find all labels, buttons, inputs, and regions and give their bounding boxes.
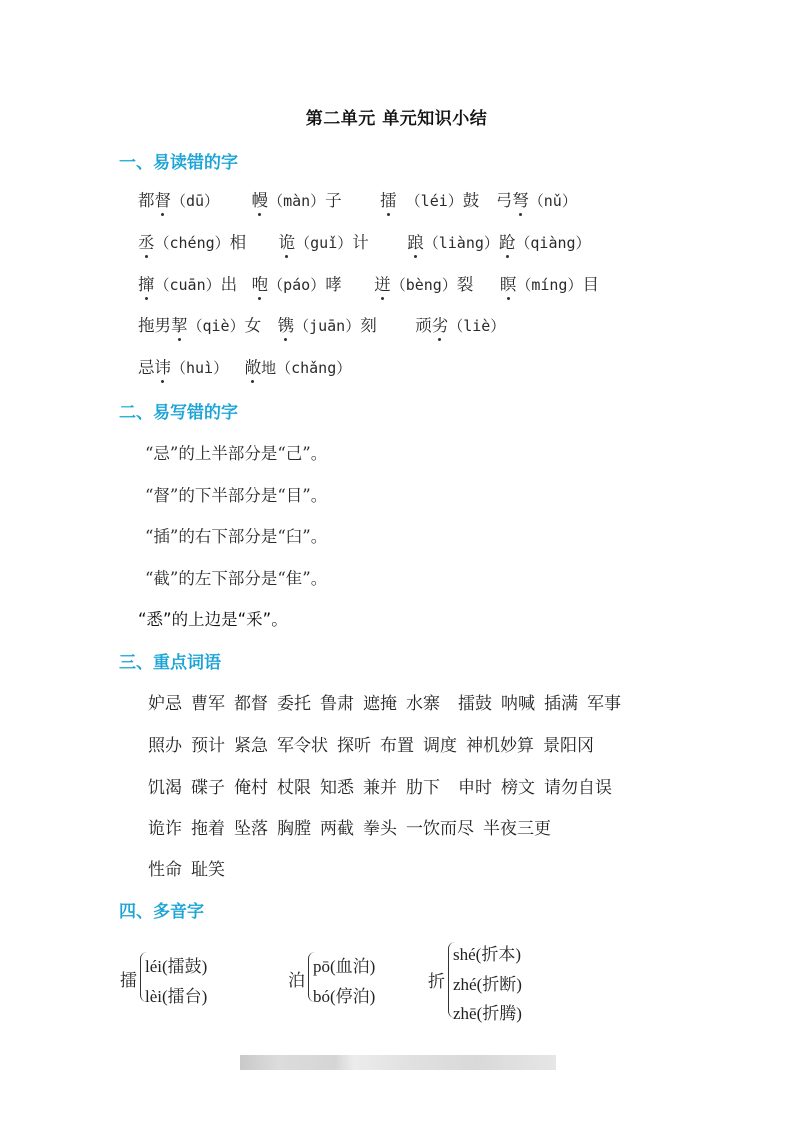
entry: 镌（juān）刻 <box>278 312 377 336</box>
key-word: 性命 <box>148 860 182 880</box>
entry: 诡（guǐ）计 <box>279 229 369 253</box>
section-heading-polyphones: 四、多音字 <box>119 897 204 922</box>
reading: shé(折本) <box>453 940 521 965</box>
entry: 敞地（chǎng） <box>245 354 352 378</box>
entry: 迸（bèng）裂 <box>374 271 473 295</box>
reading: zhē(折腾) <box>453 999 522 1024</box>
key-word: 都督 <box>234 694 268 714</box>
key-word: 诡诈 <box>148 819 182 839</box>
key-word: 水寨 <box>406 694 440 714</box>
miswrite-note: “忌”的上半部分是“己”。 <box>145 440 327 464</box>
key-word: 景阳冈 <box>543 736 594 756</box>
key-word: 知悉 <box>320 778 354 798</box>
key-words-row-2: 照办预计紧急军令状探听布置调度神机妙算景阳冈 <box>148 731 603 756</box>
key-words-row-5: 性命耻笑 <box>148 855 234 880</box>
key-word: 擂鼓 <box>458 694 492 714</box>
misread-row-5: 忌讳（huì） 敞地（chǎng） <box>138 354 351 378</box>
entry: 都督（dū） <box>138 187 219 211</box>
key-words-row-4: 诡诈拖着坠落胸膛两截拳头一饮而尽半夜三更 <box>148 814 560 839</box>
entry: 擂 （léi）鼓 <box>380 187 479 211</box>
key-word: 曹军 <box>191 694 225 714</box>
section-heading-miswrite: 二、易写错的字 <box>119 398 238 423</box>
entry: 咆（páo）哮 <box>252 271 342 295</box>
miswrite-note: “督”的下半部分是“目”。 <box>145 482 327 506</box>
entry: 丞（chéng）相 <box>138 229 246 253</box>
key-words-row-1: 妒忌曹军都督委托鲁肃遮掩水寨擂鼓呐喊插满军事 <box>148 689 630 714</box>
page-title: 第二单元 单元知识小结 <box>0 104 793 129</box>
section-heading-misread: 一、易读错的字 <box>119 148 238 173</box>
key-word: 饥渴 <box>148 778 182 798</box>
miswrite-note: “插”的右下部分是“臼”。 <box>145 523 327 547</box>
key-word: 布置 <box>380 736 414 756</box>
key-word: 肋下 <box>406 778 440 798</box>
key-words-row-3: 饥渴碟子俺村杖限知悉兼并肋下申时榜文请勿自误 <box>148 773 621 798</box>
entry: 拖男挈（qiè）女 <box>138 312 261 336</box>
key-word: 调度 <box>423 736 457 756</box>
key-word: 插满 <box>544 694 578 714</box>
reading: bó(停泊) <box>313 982 375 1007</box>
key-word: 委托 <box>277 694 311 714</box>
entry: 忌讳（huì） <box>138 354 228 378</box>
entry: 撺（cuān）出 <box>138 271 237 295</box>
entry: 跄（qiàng） <box>499 229 591 253</box>
polyphone-group: 泊 pō(血泊) bó(停泊) <box>288 950 408 1010</box>
key-word: 军令状 <box>277 736 328 756</box>
polyphone-group: 折 shé(折本) zhé(折断) zhē(折腾) <box>428 938 548 1024</box>
miswrite-note: “悉”的上边是“釆”。 <box>138 606 288 630</box>
key-word: 照办 <box>148 736 182 756</box>
entry: 幔（màn）子 <box>252 187 342 211</box>
key-word: 拖着 <box>191 819 225 839</box>
misread-row-2: 丞（chéng）相 诡（guǐ）计 踉（liàng）跄（qiàng） <box>138 229 591 253</box>
reading: lèi(擂台) <box>145 982 207 1007</box>
key-word: 兼并 <box>363 778 397 798</box>
key-word: 两截 <box>320 819 354 839</box>
key-word: 遮掩 <box>363 694 397 714</box>
key-word: 探听 <box>337 736 371 756</box>
key-word: 胸膛 <box>277 819 311 839</box>
polyphone-char: 擂 <box>120 966 137 991</box>
key-word: 呐喊 <box>501 694 535 714</box>
key-word: 一饮而尽 <box>406 819 474 839</box>
reading: zhé(折断) <box>453 970 522 995</box>
key-word: 拳头 <box>363 819 397 839</box>
entry: 弓弩（nǔ） <box>496 187 577 211</box>
key-word: 紧急 <box>234 736 268 756</box>
key-word: 申时 <box>458 778 492 798</box>
polyphone-char: 折 <box>428 967 445 992</box>
miswrite-note: “截”的左下部分是“隹”。 <box>145 565 327 589</box>
entry: 瞑（míng）目 <box>500 271 599 295</box>
key-word: 神机妙算 <box>466 736 534 756</box>
key-word: 榜文 <box>501 778 535 798</box>
blurred-footer-bar <box>240 1055 556 1070</box>
key-word: 杖限 <box>277 778 311 798</box>
polyphone-group: 擂 léi(擂鼓) lèi(擂台) <box>120 950 240 1010</box>
polyphone-char: 泊 <box>288 966 305 991</box>
misread-row-1: 都督（dū） 幔（màn）子 擂 （léi）鼓 弓弩（nǔ） <box>138 187 577 211</box>
key-word: 碟子 <box>191 778 225 798</box>
key-word: 鲁肃 <box>320 694 354 714</box>
key-word: 预计 <box>191 736 225 756</box>
key-word: 半夜三更 <box>483 819 551 839</box>
key-word: 俺村 <box>234 778 268 798</box>
misread-row-3: 撺（cuān）出 咆（páo）哮 迸（bèng）裂 瞑（míng）目 <box>138 271 599 295</box>
reading: pō(血泊) <box>313 952 375 977</box>
section-heading-key-words: 三、重点词语 <box>119 648 221 673</box>
key-word: 妒忌 <box>148 694 182 714</box>
reading: léi(擂鼓) <box>145 952 207 977</box>
entry: 顽劣（liè） <box>415 312 505 336</box>
key-word: 军事 <box>587 694 621 714</box>
key-word: 耻笑 <box>191 860 225 880</box>
entry: 踉（liàng） <box>407 229 499 253</box>
key-word: 坠落 <box>234 819 268 839</box>
key-word: 请勿自误 <box>544 778 612 798</box>
misread-row-4: 拖男挈（qiè）女 镌（juān）刻 顽劣（liè） <box>138 312 505 336</box>
